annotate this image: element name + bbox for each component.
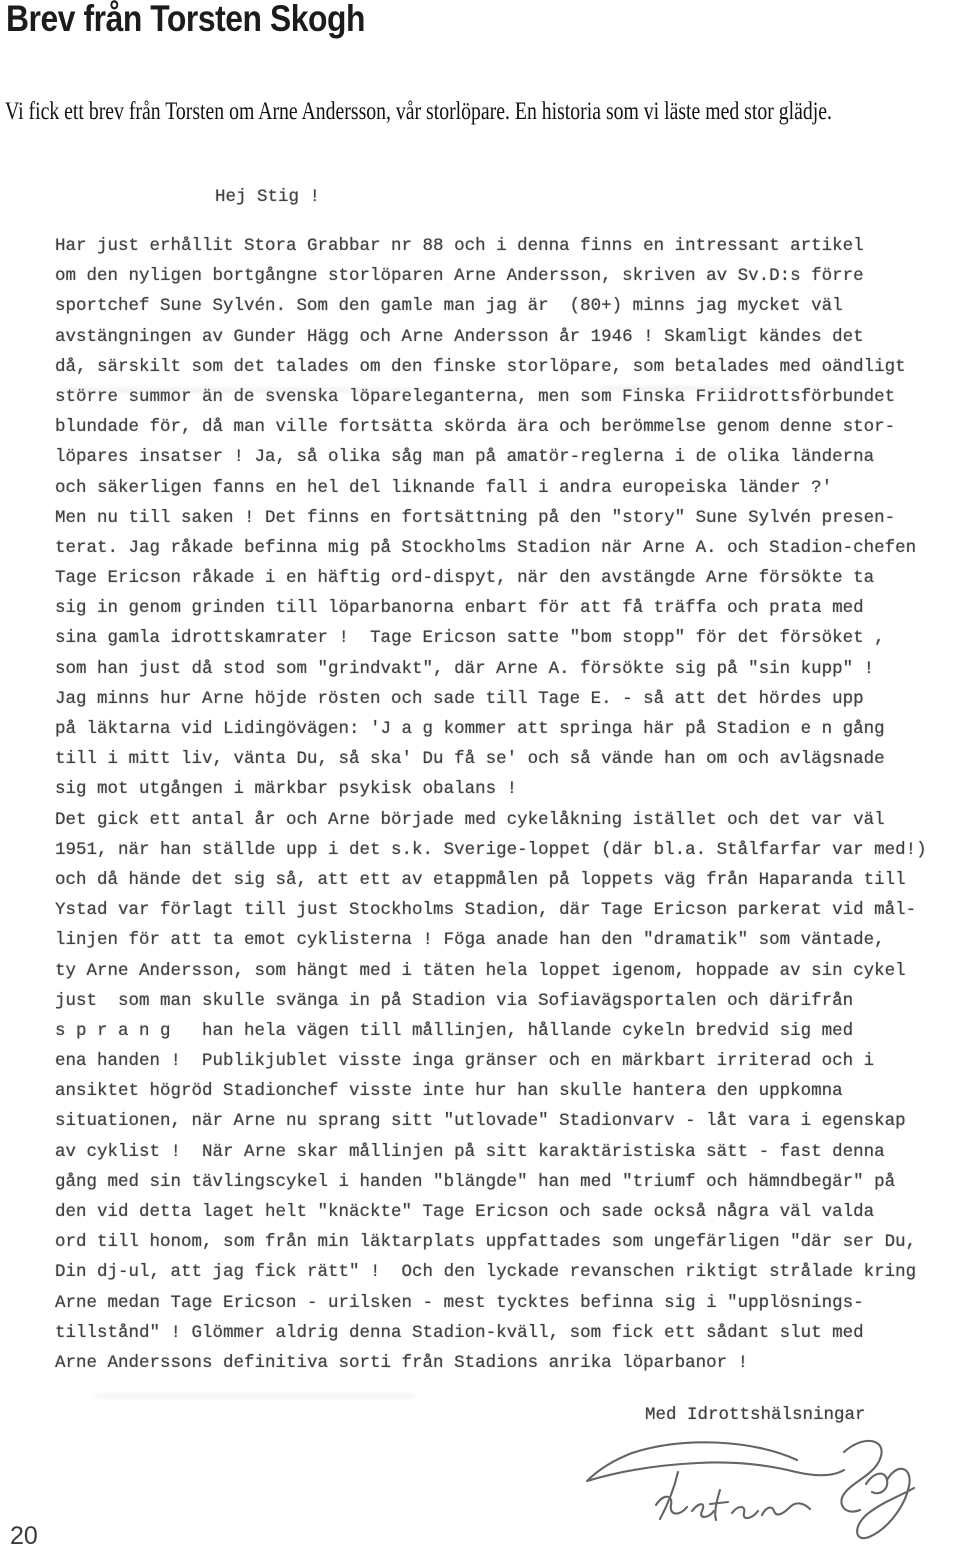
letter-line: till i mitt liv, vänta Du, så ska' Du få… xyxy=(55,744,950,774)
signature-stroke-skogh xyxy=(841,1441,914,1538)
scan-smudge xyxy=(95,1394,415,1398)
letter-line: Har just erhållit Stora Grabbar nr 88 oc… xyxy=(55,231,950,261)
letter-line: Din dj-ul, att jag fick rätt" ! Och den … xyxy=(55,1257,950,1287)
signature-stroke-flourish xyxy=(587,1442,844,1481)
letter-line: av cyklist ! När Arne skar mållinjen på … xyxy=(55,1137,950,1167)
letter-line: löpares insatser ! Ja, så olika såg man … xyxy=(55,442,950,472)
signature-stroke-torsten xyxy=(656,1472,810,1520)
letter-line: just som man skulle svänga in på Stadion… xyxy=(55,986,950,1016)
letter-line: som han just då stod som "grindvakt", dä… xyxy=(55,654,950,684)
signature-torsten-skogh xyxy=(582,1426,917,1548)
scanned-letter: Hej Stig ! Har just erhållit Stora Grabb… xyxy=(55,182,950,1430)
letter-line: då, särskilt som det talades om den fins… xyxy=(55,352,950,382)
letter-line: situationen, när Arne nu sprang sitt "ut… xyxy=(55,1106,950,1136)
letter-line: den vid detta laget helt "knäckte" Tage … xyxy=(55,1197,950,1227)
letter-line: linjen för att ta emot cyklisterna ! Fög… xyxy=(55,925,950,955)
letter-line: och då hände det sig så, att ett av etap… xyxy=(55,865,950,895)
letter-line: Arne medan Tage Ericson - urilsken - mes… xyxy=(55,1288,950,1318)
letter-line: Tage Ericson råkade i en häftig ord-disp… xyxy=(55,563,950,593)
scan-smudge xyxy=(600,386,765,391)
letter-line: sportchef Sune Sylvén. Som den gamle man… xyxy=(55,291,950,321)
letter-line: större summor än de svenska löparelegant… xyxy=(55,382,950,412)
letter-body: Har just erhållit Stora Grabbar nr 88 oc… xyxy=(55,231,950,1378)
letter-line: Men nu till saken ! Det finns en fortsät… xyxy=(55,503,950,533)
page-subtitle: Vi fick ett brev från Torsten om Arne An… xyxy=(5,98,832,126)
letter-line: ty Arne Andersson, som hängt med i täten… xyxy=(55,956,950,986)
letter-line: 1951, när han ställde upp i det s.k. Sve… xyxy=(55,835,950,865)
letter-line: ord till honom, som från min läktarplats… xyxy=(55,1227,950,1257)
letter-line: tillstånd" ! Glömmer aldrig denna Stadio… xyxy=(55,1318,950,1348)
letter-line: blundade för, då man ville fortsätta skö… xyxy=(55,412,950,442)
letter-greeting: Hej Stig ! xyxy=(215,182,950,212)
letter-line: på läktarna vid Lidingövägen: 'J a g kom… xyxy=(55,714,950,744)
page-number: 20 xyxy=(10,1522,38,1551)
letter-line: och säkerligen fanns en hel del liknande… xyxy=(55,473,950,503)
letter-line: gång med sin tävlingscykel i handen "blä… xyxy=(55,1167,950,1197)
letter-line: Ystad var förlagt till just Stockholms S… xyxy=(55,895,950,925)
letter-line: Arne Anderssons definitiva sorti från St… xyxy=(55,1348,950,1378)
document-page: Brev från Torsten Skogh Vi fick ett brev… xyxy=(0,0,960,1568)
letter-line: ena handen ! Publikjublet visste inga gr… xyxy=(55,1046,950,1076)
letter-line: terat. Jag råkade befinna mig på Stockho… xyxy=(55,533,950,563)
letter-line: Jag minns hur Arne höjde rösten och sade… xyxy=(55,684,950,714)
letter-line: sig mot utgången i märkbar psykisk obala… xyxy=(55,774,950,804)
page-title: Brev från Torsten Skogh xyxy=(6,0,365,40)
letter-line: Det gick ett antal år och Arne började m… xyxy=(55,805,950,835)
letter-line: ansiktet högröd Stadionchef visste inte … xyxy=(55,1076,950,1106)
letter-line: om den nyligen bortgångne storlöparen Ar… xyxy=(55,261,950,291)
letter-line: avstängningen av Gunder Hägg och Arne An… xyxy=(55,322,950,352)
scan-smudge xyxy=(60,388,410,393)
letter-line: s p r a n g han hela vägen till mållinje… xyxy=(55,1016,950,1046)
letter-line: sina gamla idrottskamrater ! Tage Ericso… xyxy=(55,623,950,653)
letter-line: sig in genom grinden till löparbanorna e… xyxy=(55,593,950,623)
